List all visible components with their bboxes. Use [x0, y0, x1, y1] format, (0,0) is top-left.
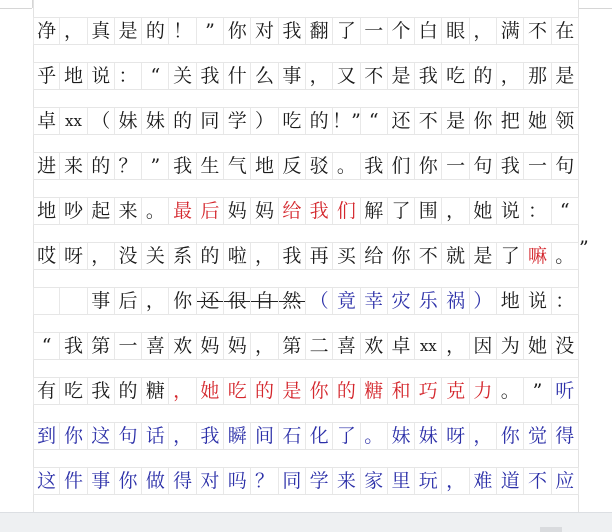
- grid-cell[interactable]: 呀: [60, 243, 87, 269]
- grid-cell[interactable]: 我: [169, 153, 196, 179]
- grid-cell[interactable]: 不: [415, 243, 442, 269]
- grid-cell-blue[interactable]: 得: [552, 423, 579, 449]
- grid-cell[interactable]: 再: [306, 243, 333, 269]
- grid-cell[interactable]: ：: [115, 63, 142, 89]
- grid-cell[interactable]: 是: [470, 243, 497, 269]
- grid-cell-blue[interactable]: 家: [361, 468, 388, 494]
- grid-cell[interactable]: 眼: [442, 18, 469, 44]
- grid-cell[interactable]: 说: [524, 288, 551, 314]
- grid-cell[interactable]: ，: [88, 243, 115, 269]
- grid-cell-blue[interactable]: 灾: [388, 288, 415, 314]
- grid-cell[interactable]: 吵: [60, 198, 87, 224]
- grid-cell[interactable]: 欢: [169, 333, 196, 359]
- grid-cell[interactable]: 同: [197, 108, 224, 134]
- grid-cell[interactable]: 妹: [115, 108, 142, 134]
- grid-cell[interactable]: 了: [388, 198, 415, 224]
- grid-cell[interactable]: 起: [88, 198, 115, 224]
- grid-cell-blue[interactable]: 这: [33, 468, 60, 494]
- grid-cell[interactable]: ：: [524, 198, 551, 224]
- grid-cell-blue[interactable]: 难: [470, 468, 497, 494]
- grid-cell-blue[interactable]: 你: [497, 423, 524, 449]
- grid-cell[interactable]: 乎: [33, 63, 60, 89]
- grid-cell[interactable]: 第: [88, 333, 115, 359]
- grid-cell-blue[interactable]: ？: [251, 468, 278, 494]
- text-line[interactable]: 进来的？”我生气地反驳。我们你一句我一句: [33, 152, 579, 180]
- grid-cell[interactable]: 了: [333, 18, 360, 44]
- grid-cell[interactable]: 是: [552, 63, 579, 89]
- grid-cell[interactable]: 。: [333, 153, 360, 179]
- grid-cell-blue[interactable]: 这: [88, 423, 115, 449]
- grid-cell[interactable]: 个: [388, 18, 415, 44]
- grid-cell[interactable]: 妈: [224, 333, 251, 359]
- grid-cell[interactable]: 你: [224, 18, 251, 44]
- text-line[interactable]: 事后，你还很自然（竟幸灾乐祸）地说：: [33, 287, 579, 315]
- grid-cell[interactable]: 我: [88, 378, 115, 404]
- text-line[interactable]: 这件事你做得对吗？同学来家里玩，难道不应: [33, 467, 579, 495]
- grid-cell[interactable]: 生: [197, 153, 224, 179]
- grid-cell-red[interactable]: ，: [169, 378, 196, 404]
- grid-cell[interactable]: ，: [442, 198, 469, 224]
- grid-cell-blue[interactable]: 句: [115, 423, 142, 449]
- text-line[interactable]: 哎呀，没关系的啦，我再买给你不就是了嘛。”: [33, 242, 579, 270]
- grid-cell-blue[interactable]: 不: [524, 468, 551, 494]
- grid-cell[interactable]: “: [142, 63, 169, 89]
- grid-cell-blue[interactable]: 应: [552, 468, 579, 494]
- grid-cell[interactable]: ：: [552, 288, 579, 314]
- grid-cell[interactable]: 我: [415, 63, 442, 89]
- grid-cell[interactable]: 在: [552, 18, 579, 44]
- grid-cell[interactable]: 系: [169, 243, 196, 269]
- grid-cell-red[interactable]: 克: [442, 378, 469, 404]
- grid-cell-blue[interactable]: 听: [552, 378, 579, 404]
- grid-cell[interactable]: 事: [88, 288, 115, 314]
- grid-cell-red[interactable]: 你: [306, 378, 333, 404]
- grid-cell[interactable]: 真: [88, 18, 115, 44]
- grid-cell[interactable]: 是: [115, 18, 142, 44]
- grid-cell[interactable]: ，: [470, 18, 497, 44]
- grid-cell-blue[interactable]: 我: [197, 423, 224, 449]
- grid-cell[interactable]: 句: [470, 153, 497, 179]
- grid-cell[interactable]: 卓: [388, 333, 415, 359]
- grid-cell[interactable]: 对: [251, 18, 278, 44]
- grid-cell[interactable]: 我: [60, 333, 87, 359]
- grid-cell-blue[interactable]: ，: [470, 423, 497, 449]
- grid-cell[interactable]: 你: [415, 153, 442, 179]
- grid-cell[interactable]: 你: [470, 108, 497, 134]
- grid-cell[interactable]: 我: [497, 153, 524, 179]
- grid-cell[interactable]: 吃: [279, 108, 306, 134]
- grid-cell[interactable]: 气: [224, 153, 251, 179]
- grid-cell[interactable]: 们: [388, 153, 415, 179]
- grid-cell-blue[interactable]: （: [306, 288, 333, 314]
- grid-cell[interactable]: xx: [60, 108, 87, 134]
- grid-cell[interactable]: ，: [306, 63, 333, 89]
- scrollbar-thumb[interactable]: [540, 527, 562, 532]
- grid-cell-blue[interactable]: 间: [251, 423, 278, 449]
- grid-cell-blue[interactable]: 化: [306, 423, 333, 449]
- grid-cell[interactable]: 的: [169, 108, 196, 134]
- grid-cell-blue[interactable]: 来: [333, 468, 360, 494]
- grid-cell[interactable]: 翻: [306, 18, 333, 44]
- grid-cell[interactable]: 净: [33, 18, 60, 44]
- text-line[interactable]: 有吃我的糖，她吃的是你的糖和巧克力。”听: [33, 377, 579, 405]
- grid-cell[interactable]: 就: [442, 243, 469, 269]
- grid-cell[interactable]: 她: [470, 198, 497, 224]
- text-line[interactable]: 卓xx（妹妹的同学）吃的！”“还不是你把她领: [33, 107, 579, 135]
- grid-cell[interactable]: 地: [497, 288, 524, 314]
- grid-cell[interactable]: xx: [415, 333, 442, 359]
- grid-cell[interactable]: 一: [524, 153, 551, 179]
- grid-cell[interactable]: 你: [169, 288, 196, 314]
- grid-cell-blue[interactable]: ）: [470, 288, 497, 314]
- grid-cell[interactable]: 妈: [251, 198, 278, 224]
- grid-cell-blue[interactable]: 觉: [524, 423, 551, 449]
- grid-cell-red[interactable]: 我: [306, 198, 333, 224]
- grid-cell-blue[interactable]: 了: [333, 423, 360, 449]
- grid-cell[interactable]: 我: [279, 18, 306, 44]
- grid-cell[interactable]: ，: [251, 333, 278, 359]
- grid-cell[interactable]: 啦: [224, 243, 251, 269]
- grid-cell[interactable]: 一: [442, 153, 469, 179]
- grid-cell[interactable]: ）: [251, 108, 278, 134]
- grid-cell[interactable]: 那: [524, 63, 551, 89]
- grid-cell-red[interactable]: 嘛: [524, 243, 551, 269]
- grid-cell[interactable]: 地: [33, 198, 60, 224]
- grid-cell[interactable]: 妈: [224, 198, 251, 224]
- grid-cell[interactable]: ”: [197, 18, 224, 44]
- grid-cell[interactable]: ”: [524, 378, 551, 404]
- grid-cell-blue[interactable]: 事: [88, 468, 115, 494]
- grid-cell-red[interactable]: 给: [279, 198, 306, 224]
- grid-cell-blue[interactable]: 竟: [333, 288, 360, 314]
- grid-cell-blue[interactable]: 你: [60, 423, 87, 449]
- grid-cell[interactable]: ，: [60, 18, 87, 44]
- grid-cell[interactable]: 的: [115, 378, 142, 404]
- grid-cell[interactable]: 说: [497, 198, 524, 224]
- grid-cell-red[interactable]: 们: [333, 198, 360, 224]
- grid-cell-blue[interactable]: 石: [279, 423, 306, 449]
- grid-cell-red[interactable]: 的: [251, 378, 278, 404]
- grid-cell-blue[interactable]: 你: [115, 468, 142, 494]
- grid-cell[interactable]: 一: [361, 18, 388, 44]
- grid-cell[interactable]: 地: [60, 63, 87, 89]
- grid-cell-blue[interactable]: 同: [279, 468, 306, 494]
- grid-cell-strikethrough[interactable]: 然: [279, 288, 306, 314]
- grid-cell[interactable]: ，: [442, 333, 469, 359]
- manuscript-grid[interactable]: 净，真是的！”你对我翻了一个白眼，满不在乎地说：“关我什么事，又不是我吃的，那是…: [33, 17, 579, 512]
- text-line[interactable]: 地吵起来。最后妈妈给我们解了围，她说：“: [33, 197, 579, 225]
- grid-cell[interactable]: ，: [251, 243, 278, 269]
- grid-cell-blue[interactable]: 得: [169, 468, 196, 494]
- grid-cell[interactable]: 我: [197, 63, 224, 89]
- grid-cell[interactable]: 驳: [306, 153, 333, 179]
- grid-cell[interactable]: “: [361, 108, 388, 134]
- grid-cell-blue[interactable]: 瞬: [224, 423, 251, 449]
- grid-cell-blue[interactable]: ，: [442, 468, 469, 494]
- grid-cell[interactable]: ！”: [333, 108, 360, 134]
- grid-cell[interactable]: 关: [169, 63, 196, 89]
- grid-cell[interactable]: 吃: [442, 63, 469, 89]
- grid-cell[interactable]: 了: [497, 243, 524, 269]
- grid-cell-red[interactable]: 的: [333, 378, 360, 404]
- grid-cell-blue[interactable]: 道: [497, 468, 524, 494]
- grid-cell-blue[interactable]: 玩: [415, 468, 442, 494]
- grid-cell[interactable]: 学: [224, 108, 251, 134]
- grid-cell[interactable]: 她: [524, 333, 551, 359]
- grid-cell[interactable]: [33, 288, 60, 314]
- grid-cell-red[interactable]: 和: [388, 378, 415, 404]
- grid-cell[interactable]: 你: [388, 243, 415, 269]
- grid-cell-red[interactable]: 是: [279, 378, 306, 404]
- grid-cell[interactable]: 二: [306, 333, 333, 359]
- grid-cell-blue[interactable]: 到: [33, 423, 60, 449]
- grid-cell[interactable]: 事: [279, 63, 306, 89]
- grid-cell[interactable]: 的: [197, 243, 224, 269]
- page-corner-mark-left: [0, 8, 32, 9]
- grid-cell[interactable]: 喜: [333, 333, 360, 359]
- grid-cell[interactable]: 为: [497, 333, 524, 359]
- grid-cell[interactable]: 。: [552, 243, 579, 269]
- grid-cell-blue[interactable]: 。: [361, 423, 388, 449]
- grid-cell[interactable]: 围: [415, 198, 442, 224]
- grid-cell[interactable]: ”: [142, 153, 169, 179]
- grid-cell-blue[interactable]: 幸: [361, 288, 388, 314]
- grid-cell[interactable]: “: [33, 333, 60, 359]
- grid-cell[interactable]: 不: [361, 63, 388, 89]
- grid-cell[interactable]: 什: [224, 63, 251, 89]
- grid-cell[interactable]: ，: [142, 288, 169, 314]
- horizontal-scrollbar[interactable]: [0, 512, 612, 532]
- page-corner-mark-right: [578, 8, 612, 9]
- grid-cell-blue[interactable]: 妹: [415, 423, 442, 449]
- grid-cell[interactable]: ，: [497, 63, 524, 89]
- grid-cell[interactable]: 进: [33, 153, 60, 179]
- grid-cell[interactable]: 领: [552, 108, 579, 134]
- grid-cell[interactable]: 吃: [60, 378, 87, 404]
- grid-cell[interactable]: 不: [524, 18, 551, 44]
- grid-cell[interactable]: 来: [115, 198, 142, 224]
- grid-cell[interactable]: 没: [115, 243, 142, 269]
- grid-cell-blue[interactable]: 呀: [442, 423, 469, 449]
- grid-cell[interactable]: 。: [497, 378, 524, 404]
- grid-cell[interactable]: ！: [169, 18, 196, 44]
- grid-cell[interactable]: 白: [415, 18, 442, 44]
- grid-cell[interactable]: 喜: [142, 333, 169, 359]
- grid-cell[interactable]: 是: [442, 108, 469, 134]
- grid-cell[interactable]: 么: [251, 63, 278, 89]
- text-line[interactable]: 乎地说：“关我什么事，又不是我吃的，那是: [33, 62, 579, 90]
- text-line[interactable]: “我第一喜欢妈妈，第二喜欢卓xx，因为她没: [33, 332, 579, 360]
- grid-cell[interactable]: 把: [497, 108, 524, 134]
- grid-cell[interactable]: 又: [333, 63, 360, 89]
- grid-cell-blue[interactable]: 话: [142, 423, 169, 449]
- grid-cell[interactable]: 还: [388, 108, 415, 134]
- grid-cell[interactable]: 我: [279, 243, 306, 269]
- grid-cell[interactable]: 有: [33, 378, 60, 404]
- grid-cell-blue[interactable]: 对: [197, 468, 224, 494]
- grid-cell[interactable]: 。: [142, 198, 169, 224]
- grid-cell[interactable]: [60, 288, 87, 314]
- grid-cell-blue[interactable]: 学: [306, 468, 333, 494]
- grid-cell[interactable]: 反: [279, 153, 306, 179]
- grid-cell[interactable]: 给: [361, 243, 388, 269]
- grid-cell[interactable]: 妈: [197, 333, 224, 359]
- grid-cell-blue[interactable]: 祸: [442, 288, 469, 314]
- grid-cell[interactable]: （: [88, 108, 115, 134]
- grid-cell[interactable]: 的: [88, 153, 115, 179]
- text-line[interactable]: 净，真是的！”你对我翻了一个白眼，满不在: [33, 17, 579, 45]
- grid-cell[interactable]: 因: [470, 333, 497, 359]
- grid-cell[interactable]: 一: [115, 333, 142, 359]
- grid-cell[interactable]: 欢: [361, 333, 388, 359]
- grid-cell-strikethrough[interactable]: 自: [251, 288, 278, 314]
- text-line[interactable]: 到你这句话，我瞬间石化了。妹妹呀，你觉得: [33, 422, 579, 450]
- grid-cell-red[interactable]: 后: [197, 198, 224, 224]
- grid-cell[interactable]: 哎: [33, 243, 60, 269]
- grid-cell-blue[interactable]: 件: [60, 468, 87, 494]
- grid-cell[interactable]: 解: [361, 198, 388, 224]
- grid-cell-blue[interactable]: 做: [142, 468, 169, 494]
- grid-cell-blue[interactable]: 里: [388, 468, 415, 494]
- grid-cell[interactable]: 买: [333, 243, 360, 269]
- grid-cell[interactable]: 的: [306, 108, 333, 134]
- grid-cell-red[interactable]: 吃: [224, 378, 251, 404]
- grid-cell[interactable]: 来: [60, 153, 87, 179]
- grid-cell-blue[interactable]: 妹: [388, 423, 415, 449]
- grid-cell[interactable]: 的: [142, 18, 169, 44]
- grid-cell[interactable]: 糖: [142, 378, 169, 404]
- grid-cell[interactable]: “: [552, 198, 579, 224]
- grid-cell[interactable]: 地: [251, 153, 278, 179]
- grid-cell[interactable]: 卓: [33, 108, 60, 134]
- grid-cell[interactable]: 句: [552, 153, 579, 179]
- grid-cell-blue[interactable]: 乐: [415, 288, 442, 314]
- grid-cell-red[interactable]: 糖: [361, 378, 388, 404]
- grid-cell[interactable]: 第: [279, 333, 306, 359]
- grid-cell[interactable]: 妹: [142, 108, 169, 134]
- grid-cell[interactable]: 没: [552, 333, 579, 359]
- grid-cell[interactable]: 说: [88, 63, 115, 89]
- grid-cell-strikethrough[interactable]: 还: [197, 288, 224, 314]
- grid-cell-blue[interactable]: 吗: [224, 468, 251, 494]
- grid-cell[interactable]: 满: [497, 18, 524, 44]
- grid-cell[interactable]: 不: [415, 108, 442, 134]
- grid-cell-strikethrough[interactable]: 很: [224, 288, 251, 314]
- grid-cell[interactable]: 后: [115, 288, 142, 314]
- overflow-punctuation: ”: [579, 237, 589, 259]
- grid-cell[interactable]: 是: [388, 63, 415, 89]
- grid-cell[interactable]: ？: [115, 153, 142, 179]
- grid-cell-red[interactable]: 最: [169, 198, 196, 224]
- grid-cell[interactable]: 的: [470, 63, 497, 89]
- grid-cell[interactable]: 我: [361, 153, 388, 179]
- grid-cell-red[interactable]: 巧: [415, 378, 442, 404]
- grid-cell[interactable]: 她: [524, 108, 551, 134]
- grid-cell[interactable]: 关: [142, 243, 169, 269]
- grid-cell-red[interactable]: 她: [197, 378, 224, 404]
- grid-cell-red[interactable]: 力: [470, 378, 497, 404]
- grid-cell-blue[interactable]: ，: [169, 423, 196, 449]
